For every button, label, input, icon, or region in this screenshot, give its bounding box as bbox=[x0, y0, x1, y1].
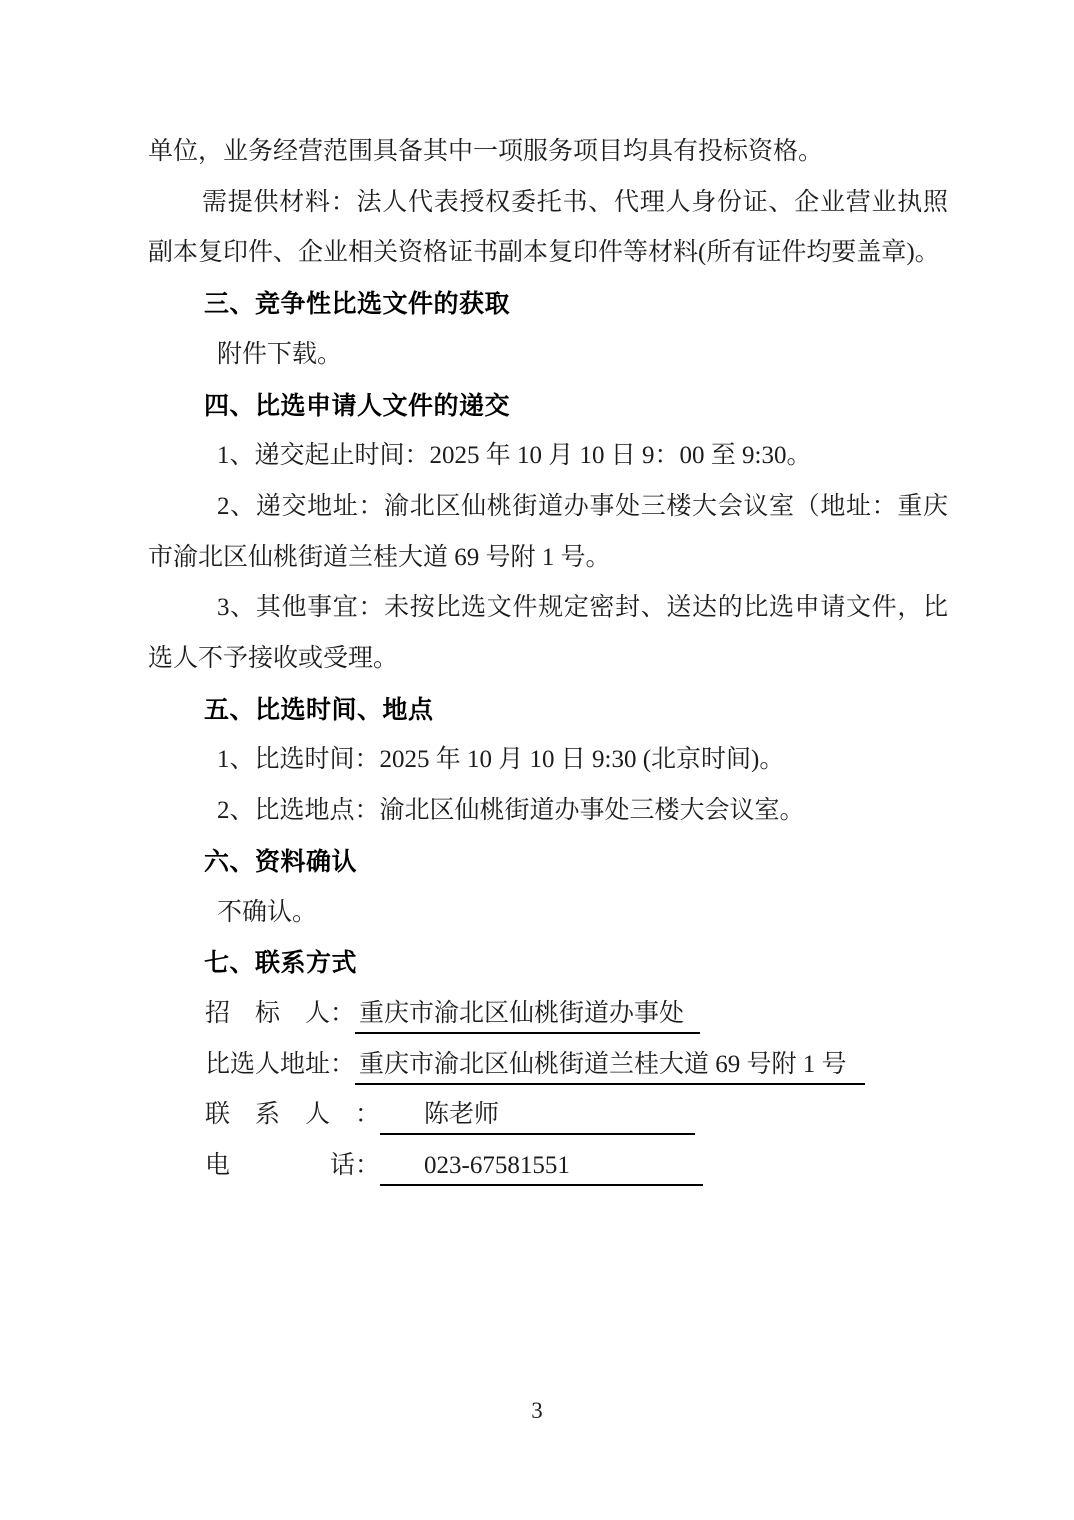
tenderer-label: 招 标 人： bbox=[205, 1000, 355, 1027]
paragraph-required-materials: 需提供材料：法人代表授权委托书、代理人身份证、企业营业执照副本复印件、企业相关资… bbox=[148, 178, 948, 279]
contact-person-label: 联 系 人 ： bbox=[205, 1101, 380, 1128]
contact-row-phone: 电 话：023-67581551 bbox=[148, 1141, 948, 1192]
section-4-item-1: 1、递交起止时间：2025 年 10 月 10 日 9：00 至 9:30。 bbox=[148, 431, 948, 482]
section-3-heading: 三、竞争性比选文件的获取 bbox=[148, 279, 948, 330]
contact-person-value: 陈老师 bbox=[380, 1097, 695, 1135]
section-5-item-1: 1、比选时间：2025 年 10 月 10 日 9:30 (北京时间)。 bbox=[148, 735, 948, 786]
section-4-item-3: 3、其他事宜：未按比选文件规定密封、送达的比选申请文件，比选人不予接收或受理。 bbox=[148, 583, 948, 684]
contact-row-person: 联 系 人 ：陈老师 bbox=[148, 1090, 948, 1141]
phone-value: 023-67581551 bbox=[380, 1148, 703, 1186]
page-number: 3 bbox=[0, 1398, 1074, 1424]
section-4-item-2: 2、递交地址：渝北区仙桃街道办事处三楼大会议室（地址：重庆市渝北区仙桃街道兰桂大… bbox=[148, 482, 948, 583]
section-6-body: 不确认。 bbox=[148, 888, 948, 939]
section-5-heading: 五、比选时间、地点 bbox=[148, 685, 948, 736]
section-4-heading: 四、比选申请人文件的递交 bbox=[148, 381, 948, 432]
section-7-heading: 七、联系方式 bbox=[148, 938, 948, 989]
phone-label: 电 话： bbox=[205, 1152, 380, 1179]
section-6-heading: 六、资料确认 bbox=[148, 837, 948, 888]
section-3-body: 附件下载。 bbox=[148, 330, 948, 381]
document-page: 单位，业务经营范围具备其中一项服务项目均具有投标资格。 需提供材料：法人代表授权… bbox=[0, 0, 1074, 1520]
contact-row-address: 比选人地址：重庆市渝北区仙桃街道兰桂大道 69 号附 1 号 bbox=[148, 1040, 948, 1091]
contact-row-tenderer: 招 标 人：重庆市渝北区仙桃街道办事处 bbox=[148, 989, 948, 1040]
paragraph-qualification-continuation: 单位，业务经营范围具备其中一项服务项目均具有投标资格。 bbox=[148, 127, 948, 178]
document-body: 单位，业务经营范围具备其中一项服务项目均具有投标资格。 需提供材料：法人代表授权… bbox=[148, 127, 948, 1192]
address-label: 比选人地址： bbox=[205, 1051, 355, 1078]
section-5-item-2: 2、比选地点：渝北区仙桃街道办事处三楼大会议室。 bbox=[148, 786, 948, 837]
address-value: 重庆市渝北区仙桃街道兰桂大道 69 号附 1 号 bbox=[355, 1047, 865, 1085]
tenderer-value: 重庆市渝北区仙桃街道办事处 bbox=[355, 996, 700, 1034]
